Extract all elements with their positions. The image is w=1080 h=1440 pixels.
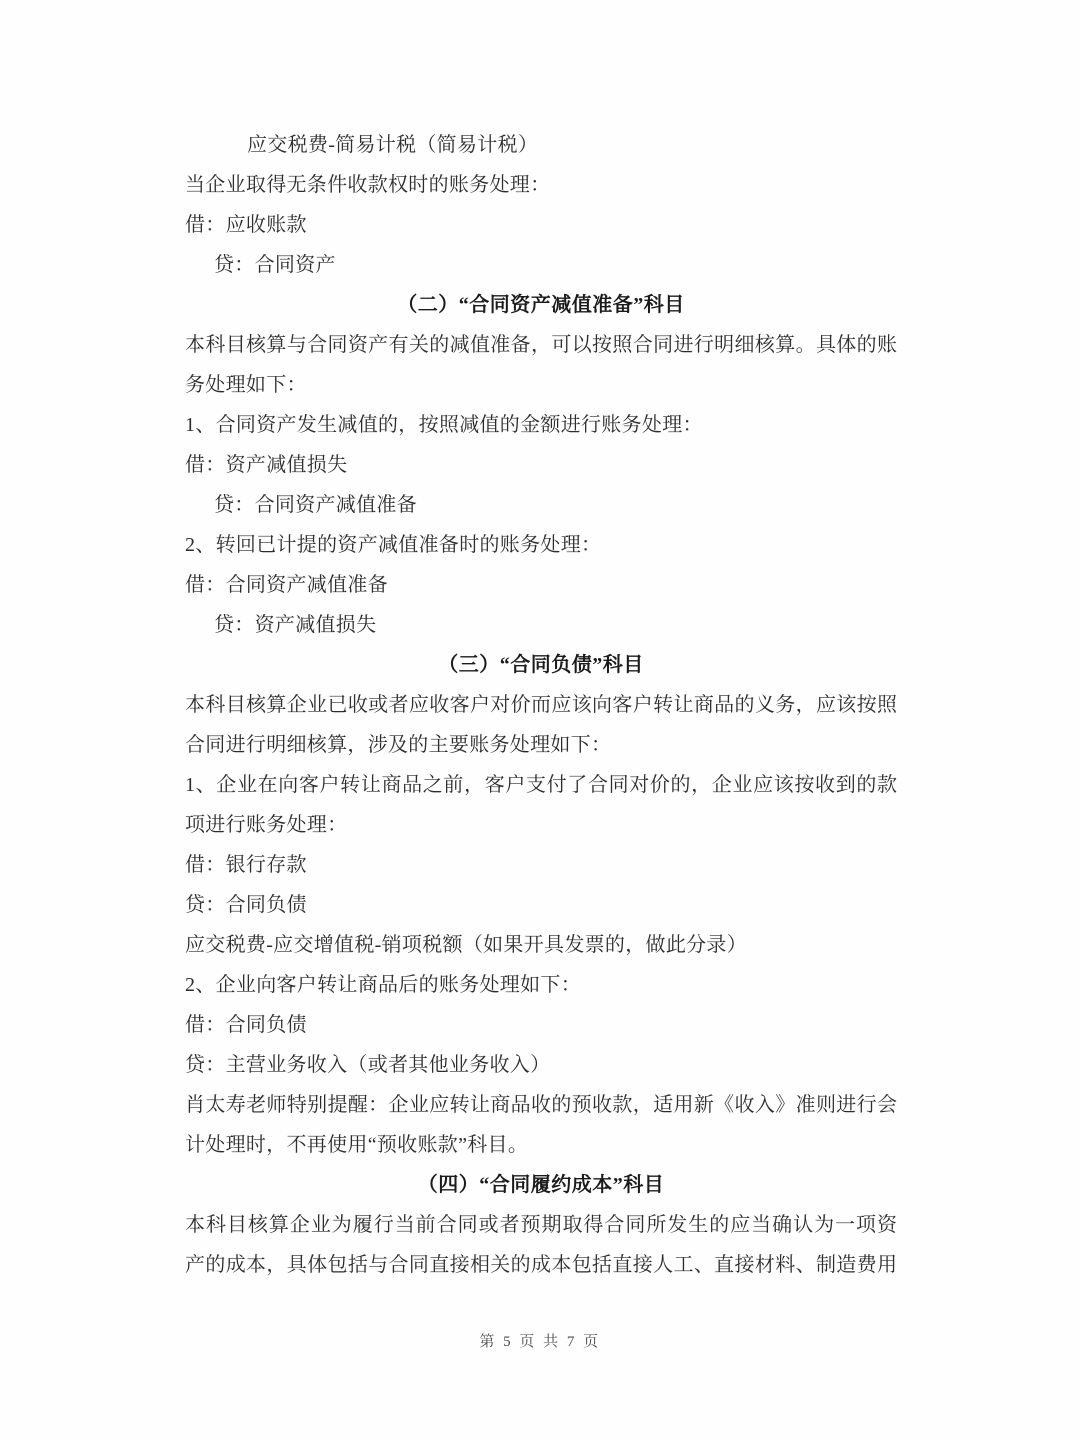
doc-line: 2、转回已计提的资产减值准备时的账务处理： <box>185 525 897 565</box>
doc-line: 务处理如下： <box>185 365 897 405</box>
doc-line: 产的成本，具体包括与合同直接相关的成本包括直接人工、直接材料、制造费用 <box>185 1245 897 1285</box>
section-heading-contract-performance-cost: （四）“合同履约成本”科目 <box>185 1165 897 1205</box>
doc-line: 本科目核算企业为履行当前合同或者预期取得合同所发生的应当确认为一项资 <box>185 1205 897 1245</box>
document-page: 应交税费-简易计税（简易计税） 当企业取得无条件收款权时的账务处理： 借：应收账… <box>0 0 1080 1440</box>
journal-entry-debit-line: 借：应收账款 <box>185 205 897 245</box>
doc-line: 项进行账务处理： <box>185 805 897 845</box>
journal-entry-debit-line: 借：合同资产减值准备 <box>185 565 897 605</box>
journal-entry-credit-line: 贷：主营业务收入（或者其他业务收入） <box>185 1045 897 1085</box>
section-heading-contract-liability: （三）“合同负债”科目 <box>185 645 897 685</box>
document-body: 应交税费-简易计税（简易计税） 当企业取得无条件收款权时的账务处理： 借：应收账… <box>185 125 897 1285</box>
journal-entry-debit-line: 借：银行存款 <box>185 845 897 885</box>
doc-line: 1、企业在向客户转让商品之前，客户支付了合同对价的，企业应该按收到的款 <box>185 765 897 805</box>
doc-line: 应交税费-简易计税（简易计税） <box>185 125 897 165</box>
doc-line: 当企业取得无条件收款权时的账务处理： <box>185 165 897 205</box>
journal-entry-debit-line: 借：合同负债 <box>185 1005 897 1045</box>
journal-entry-credit-line: 贷：合同负债 <box>185 885 897 925</box>
doc-line: 本科目核算企业已收或者应收客户对价而应该向客户转让商品的义务，应该按照 <box>185 685 897 725</box>
journal-entry-credit-line: 贷：合同资产减值准备 <box>185 485 897 525</box>
doc-line: 2、企业向客户转让商品后的账务处理如下： <box>185 965 897 1005</box>
section-heading-contract-asset-impairment: （二）“合同资产减值准备”科目 <box>185 285 897 325</box>
page-number-footer: 第 5 页 共 7 页 <box>0 1330 1080 1354</box>
journal-entry-credit-line: 贷：资产减值损失 <box>185 605 897 645</box>
doc-line: 本科目核算与合同资产有关的减值准备，可以按照合同进行明细核算。具体的账 <box>185 325 897 365</box>
doc-line: 1、合同资产发生减值的，按照减值的金额进行账务处理： <box>185 405 897 445</box>
doc-line: 合同进行明细核算，涉及的主要账务处理如下： <box>185 725 897 765</box>
journal-entry-debit-line: 借：资产减值损失 <box>185 445 897 485</box>
doc-line: 应交税费-应交增值税-销项税额（如果开具发票的，做此分录） <box>185 925 897 965</box>
doc-line: 计处理时，不再使用“预收账款”科目。 <box>185 1125 897 1165</box>
doc-line: 肖太寿老师特别提醒：企业应转让商品收的预收款，适用新《收入》准则进行会 <box>185 1085 897 1125</box>
journal-entry-credit-line: 贷：合同资产 <box>185 245 897 285</box>
